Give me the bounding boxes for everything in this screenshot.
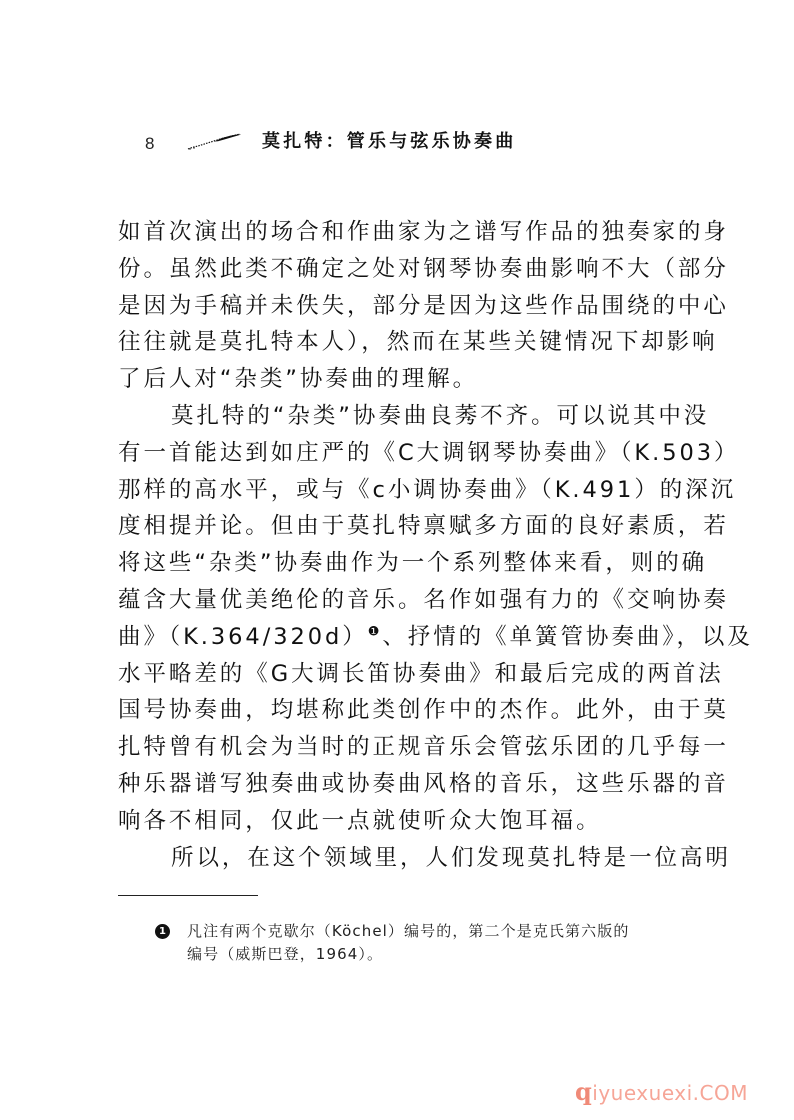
text-line: 有一首能达到如庄严的《C大调钢琴协奏曲》（K.503） (118, 435, 678, 472)
text-segment: 、抒情的《单簧管协奏曲》，以及 (382, 624, 753, 650)
text-line: 是因为手稿并未佚失，部分是因为这些作品围绕的中心 (118, 288, 678, 325)
watermark-logo-letter: q (575, 1077, 592, 1106)
text-line: 那样的高水平，或与《c小调协奏曲》（K.491）的深沉 (118, 472, 678, 509)
footnotes: 1 凡注有两个克歇尔（Köchel）编号的，第二个是克氏第六版的 编号（威斯巴登… (155, 920, 680, 966)
page-header: 8 莫扎特：管乐与弦乐协奏曲 (0, 126, 794, 160)
text-line: 扎特曾有机会为当时的正规音乐会管弦乐团的几乎每一 (118, 729, 678, 766)
page-number: 8 (145, 134, 154, 154)
running-header-title: 莫扎特：管乐与弦乐协奏曲 (262, 131, 516, 153)
text-line: 了后人对“杂类”协奏曲的理解。 (118, 361, 678, 398)
text-line: 蕴含大量优美绝伦的音乐。名作如强有力的《交响协奏 (118, 582, 678, 619)
text-line: 所以，在这个领域里，人们发现莫扎特是一位高明 (118, 840, 678, 877)
text-line-with-footnote-ref: 曲》（K.364/320d）❶、抒情的《单簧管协奏曲》，以及 (118, 619, 678, 656)
watermark-text: iyuexuexi.COM (592, 1081, 748, 1105)
text-line: 国号协奏曲，均堪称此类创作中的杰作。此外，由于莫 (118, 692, 678, 729)
text-line: 水平略差的《G大调长笛协奏曲》和最后完成的两首法 (118, 656, 678, 693)
text-line: 种乐器谱写独奏曲或协奏曲风格的音乐，这些乐器的音 (118, 766, 678, 803)
footnote-line: 编号（威斯巴登，1964）。 (187, 943, 680, 966)
body-text: 如首次演出的场合和作曲家为之谱写作品的独奏家的身 份。虽然此类不确定之处对钢琴协… (118, 214, 678, 876)
text-segment: 曲》（K.364/320d） (118, 624, 368, 650)
text-line: 将这些“杂类”协奏曲作为一个系列整体来看，则的确 (118, 545, 678, 582)
text-line: 响各不相同，仅此一点就使听众大饱耳福。 (118, 803, 678, 840)
text-line: 份。虽然此类不确定之处对钢琴协奏曲影响不大（部分 (118, 251, 678, 288)
footnote-line: 凡注有两个克歇尔（Köchel）编号的，第二个是克氏第六版的 (187, 920, 680, 943)
footnote-reference-marker[interactable]: ❶ (368, 624, 383, 639)
text-line: 如首次演出的场合和作曲家为之谱写作品的独奏家的身 (118, 214, 678, 251)
text-line: 莫扎特的“杂类”协奏曲良莠不齐。可以说其中没 (118, 398, 678, 435)
site-watermark: qiyuexuexi.COM (575, 1077, 748, 1106)
footnote-number-badge: 1 (155, 924, 170, 939)
pen-stroke-ornament-icon (186, 132, 242, 152)
text-line: 往往就是莫扎特本人），然而在某些关键情况下却影响 (118, 324, 678, 361)
footnote-text: 凡注有两个克歇尔（Köchel）编号的，第二个是克氏第六版的 编号（威斯巴登，1… (187, 920, 680, 966)
footnote-separator (118, 895, 258, 896)
text-line: 度相提并论。但由于莫扎特禀赋多方面的良好素质，若 (118, 508, 678, 545)
footnote-item: 1 凡注有两个克歇尔（Köchel）编号的，第二个是克氏第六版的 编号（威斯巴登… (155, 920, 680, 966)
